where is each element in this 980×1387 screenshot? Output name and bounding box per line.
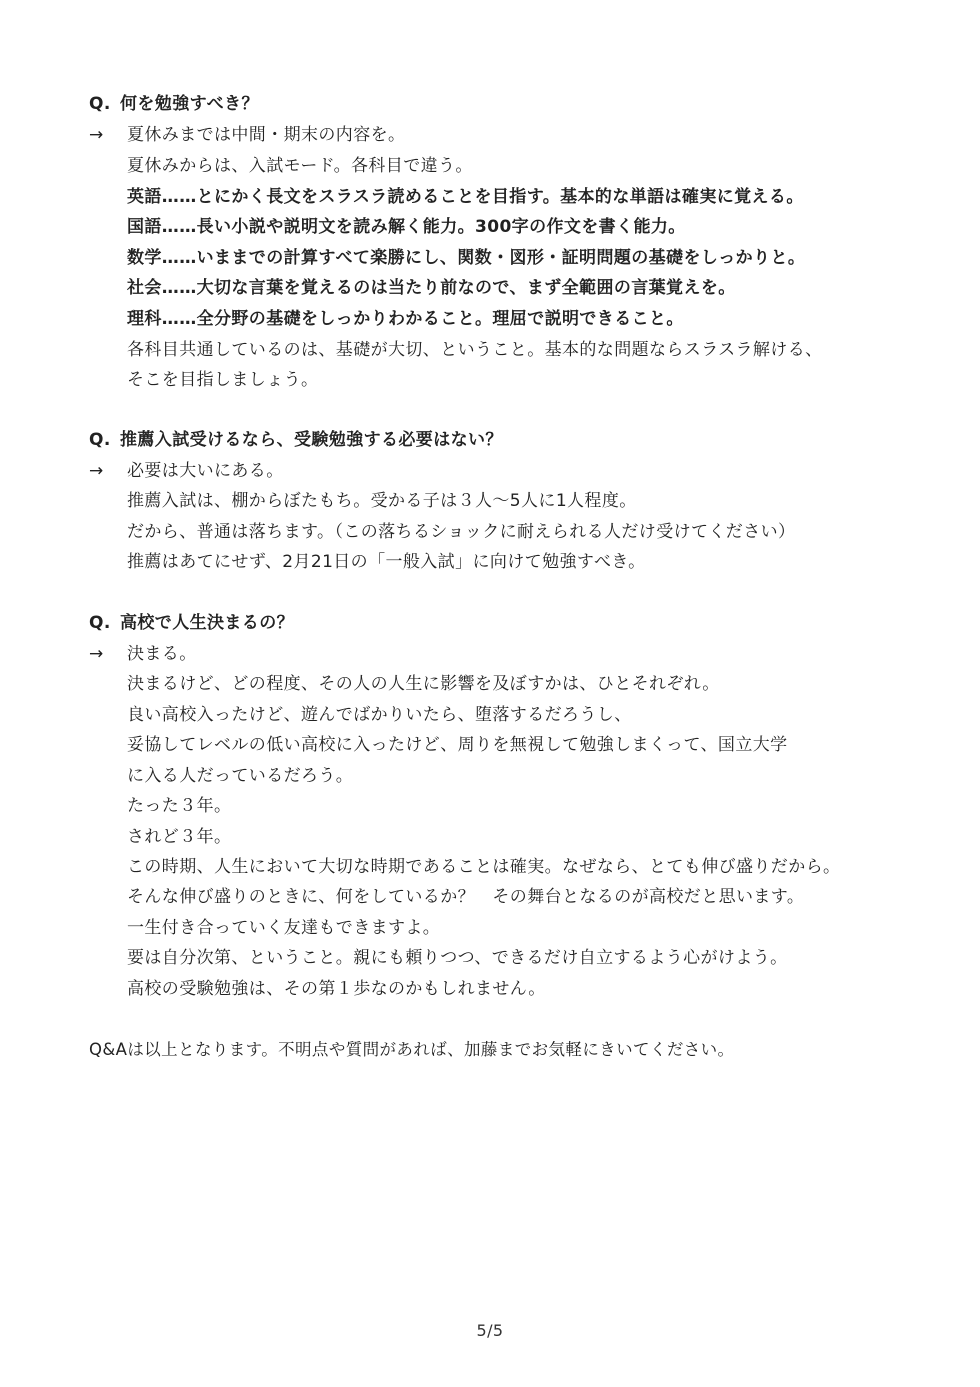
answer-line-science: 理科……全分野の基礎をしっかりわかること。理屈で説明できること。 xyxy=(127,308,684,330)
answer-line: 妥協してレベルの低い高校に入ったけど、周りを無視して勉強しまくって、国立大学 xyxy=(127,734,788,756)
answer-line: 要は自分次第、ということ。親にも頼りつつ、できるだけ自立するよう心がけよう。 xyxy=(127,947,788,969)
question-label: Q. xyxy=(89,93,111,115)
answer-line: 高校の受験勉強は、その第１歩なのかもしれません。 xyxy=(127,978,546,1000)
answer-arrow: → xyxy=(89,460,104,482)
answer-line-japanese: 国語……長い小説や説明文を読み解く能力。300字の作文を書く能力。 xyxy=(127,216,686,238)
answer-line: に入る人だっているだろう。 xyxy=(127,765,353,787)
document-page: Q. 何を勉強すべき？ → 夏休みまでは中間・期末の内容を。 夏休みからは、入試… xyxy=(0,0,980,1387)
closing-note: Q&Aは以上となります。不明点や質問があれば、加藤までお気軽にきいてください。 xyxy=(89,1039,734,1061)
answer-line: 推薦はあてにせず、2月21日の「一般入試」に向けて勉強すべき。 xyxy=(127,551,645,573)
answer-line: 推薦入試は、棚からぼたもち。受かる子は３人～5人に1人程度。 xyxy=(127,490,637,512)
answer-line-math: 数学……いままでの計算すべて楽勝にし、関数・図形・証明問題の基礎をしっかりと。 xyxy=(127,247,805,269)
answer-line: たった３年。 xyxy=(127,795,231,817)
answer-line: 一生付き合っていく友達もできますよ。 xyxy=(127,917,440,939)
answer-line: 各科目共通しているのは、基礎が大切、ということ。基本的な問題ならスラスラ解ける、 xyxy=(127,339,823,361)
answer-line: 夏休みからは、入試モード。各科目で違う。 xyxy=(127,155,473,177)
question-heading: 何を勉強すべき？ xyxy=(120,93,259,115)
question-label: Q. xyxy=(89,429,111,451)
answer-line: されど３年。 xyxy=(127,826,231,848)
answer-line: 必要は大いにある。 xyxy=(127,460,284,482)
answer-line: だから、普通は落ちます。（この落ちるショックに耐えられる人だけ受けてください） xyxy=(127,521,795,543)
answer-line: そこを目指しましょう。 xyxy=(127,369,318,391)
page-number: 5/5 xyxy=(0,1320,980,1342)
answer-line: この時期、人生において大切な時期であることは確実。なぜなら、とても伸び盛りだから… xyxy=(127,856,840,878)
answer-line: 夏休みまでは中間・期末の内容を。 xyxy=(127,124,405,146)
answer-line: 決まるけど、どの程度、その人の人生に影響を及ぼすかは、ひとそれぞれ。 xyxy=(127,673,720,695)
question-heading: 高校で人生決まるの？ xyxy=(120,612,294,634)
answer-line: 良い高校入ったけど、遊んでばかりいたら、堕落するだろうし、 xyxy=(127,704,632,726)
question-heading: 推薦入試受けるなら、受験勉強する必要はない？ xyxy=(120,429,503,451)
answer-line: 決まる。 xyxy=(127,643,197,665)
answer-line-social: 社会……大切な言葉を覚えるのは当たり前なので、まず全範囲の言葉覚えを。 xyxy=(127,277,736,299)
question-label: Q. xyxy=(89,612,111,634)
answer-arrow: → xyxy=(89,124,104,146)
answer-arrow: → xyxy=(89,643,104,665)
answer-line: そんな伸び盛りのときに、何をしているか？ その舞台となるのが高校だと思います。 xyxy=(127,886,804,908)
answer-line-english: 英語……とにかく長文をスラスラ読めることを目指す。基本的な単語は確実に覚える。 xyxy=(127,186,804,208)
